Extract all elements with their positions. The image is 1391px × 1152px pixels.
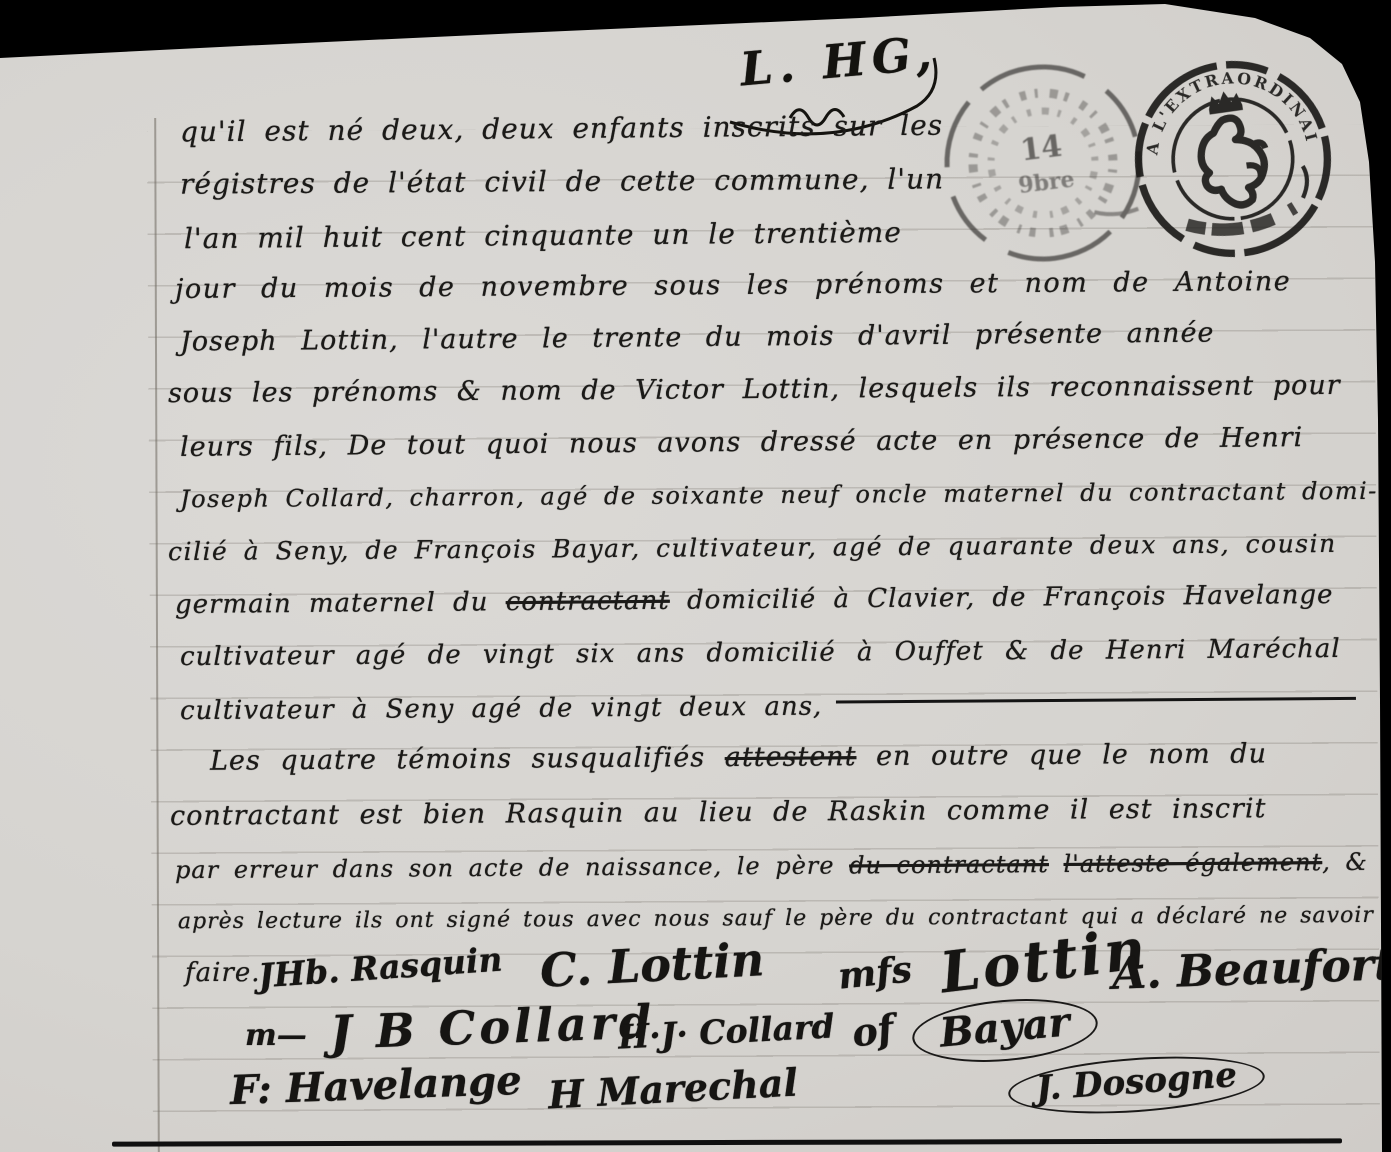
line-text: Les quatre témoins susqualifiés — [210, 742, 725, 777]
line-text: germain maternel du — [175, 587, 506, 620]
signature-mark: m— — [245, 1018, 307, 1053]
line-text: régistres de l'état civil de cette commu… — [180, 162, 944, 200]
line-text — [1049, 850, 1064, 878]
seal-stamp: A L'EXTRAORDINAIRE — [1114, 38, 1352, 280]
signature-paraph-1: mfs — [836, 948, 914, 997]
handwritten-word-faire: faire. — [185, 958, 261, 988]
scanned-document: L. HG, 14 9bre A L'EXTRAORDINAIRE — [0, 0, 1391, 1152]
strikethrough-text: du contractant — [849, 850, 1049, 879]
line-text: qu'il est né deux, deux enfants inscrits… — [180, 109, 943, 149]
signature-beaufort: A. Beaufort — [1111, 939, 1391, 1000]
handwritten-line: l'an mil huit cent cinquante un le trent… — [184, 216, 902, 255]
line-text: , & — [1322, 848, 1368, 876]
lion-icon — [1196, 114, 1272, 210]
signature-collard-big: J B Collard — [329, 994, 656, 1059]
handwritten-line: régistres de l'état civil de cette commu… — [180, 162, 944, 200]
strikethrough-text: l'atteste également — [1063, 848, 1322, 878]
filler-line — [836, 696, 1356, 703]
handwritten-line: qu'il est né deux, deux enfants inscrits… — [180, 109, 943, 149]
paper-sheet: L. HG, 14 9bre A L'EXTRAORDINAIRE — [0, 0, 1391, 1152]
strikethrough-text: contractant — [506, 586, 670, 617]
line-text: l'an mil huit cent cinquante un le trent… — [184, 216, 902, 255]
strikethrough-text: attestent — [725, 741, 857, 773]
stamp-date-day: 14 — [1018, 129, 1064, 169]
line-text: par erreur dans son acte de naissance, l… — [175, 851, 849, 884]
line-text: domicilié à Clavier, de François Havelan… — [670, 580, 1334, 616]
signature-paraph-2: of — [849, 1005, 897, 1055]
stamp-date-month: 9bre — [1017, 166, 1076, 199]
line-text: faire. — [185, 958, 261, 988]
line-text: cultivateur à Seny agé de vingt deux ans… — [180, 692, 822, 726]
crown-icon — [1207, 89, 1243, 114]
line-text: en outre que le nom du — [856, 738, 1267, 772]
